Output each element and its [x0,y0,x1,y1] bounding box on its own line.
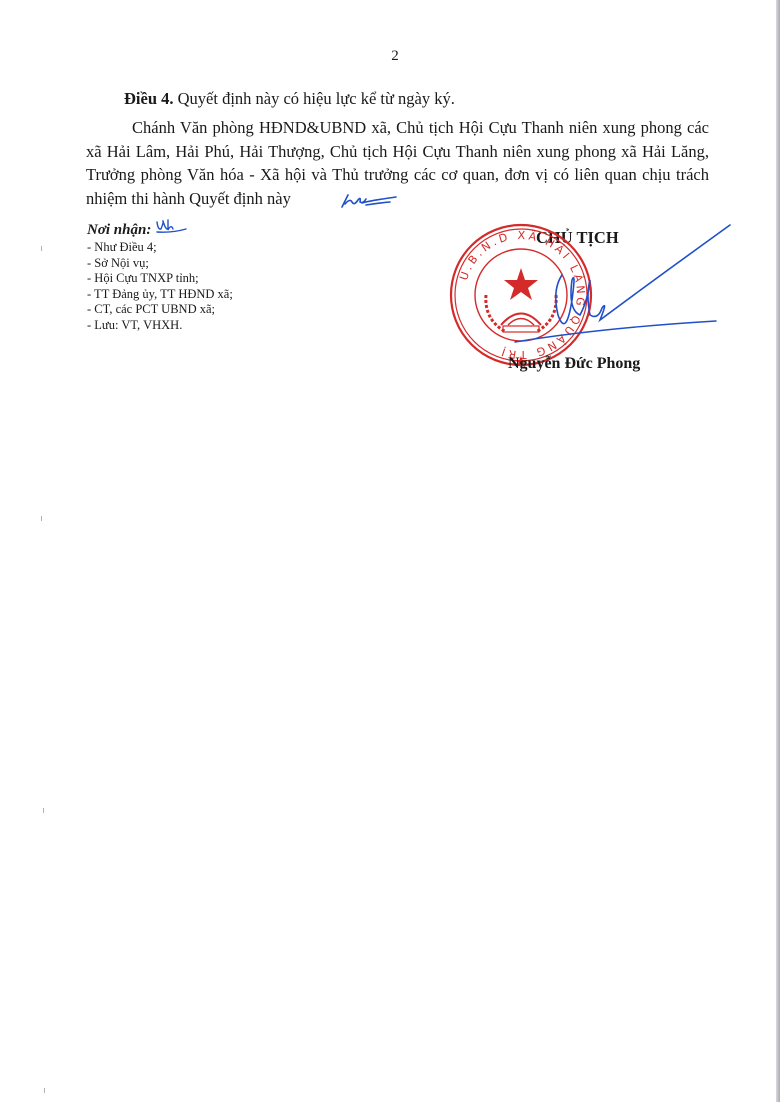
recipient-item: - CT, các PCT UBND xã; [87,302,233,318]
recipient-item: - Sở Nội vụ; [87,256,233,272]
initial-signature-icon [292,192,398,217]
article-4: Điều 4. Quyết định này có hiệu lực kể từ… [124,89,455,109]
scan-speck [44,1088,45,1093]
recipient-item: - Như Điều 4; [87,240,233,256]
recipient-item: - Lưu: VT, VHXH. [87,318,233,334]
scan-border [776,0,780,1102]
page-number: 2 [0,48,780,65]
recipients-block: Nơi nhận: - Như Điều 4; - Sở Nội vụ; - H… [87,218,233,333]
execution-paragraph: Chánh Văn phòng HĐND&UBND xã, Chủ tịch H… [86,116,709,216]
recipient-item: - TT Đảng ủy, TT HĐND xã; [87,287,233,303]
signature-block: CHỦ TỊCH U.B.N.D XÃ HẢI LĂNG QUẢNG TRỊ [440,220,740,390]
signer-name: Nguyễn Đức Phong [508,355,640,373]
recipient-item: - Hội Cựu TNXP tỉnh; [87,271,233,287]
initial-mark-icon [154,218,188,236]
handwritten-signature-icon [440,220,740,375]
recipients-list: - Như Điều 4; - Sở Nội vụ; - Hội Cựu TNX… [87,240,233,333]
scan-speck [41,246,42,251]
scan-speck [43,808,44,813]
scan-speck [41,516,42,521]
recipients-title: Nơi nhận: [87,222,151,238]
article-text: Quyết định này có hiệu lực kể từ ngày ký… [174,89,455,108]
recipients-heading: Nơi nhận: [87,218,233,240]
article-label: Điều 4. [124,89,174,108]
